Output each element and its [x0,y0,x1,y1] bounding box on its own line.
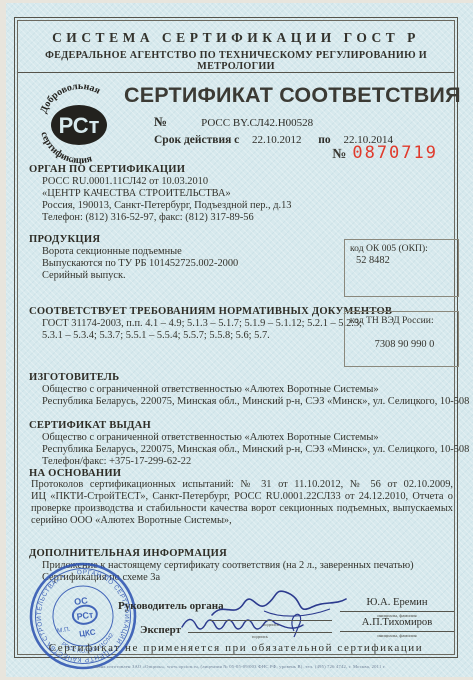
expert-name-caption: инициалы, фамилия [340,633,454,638]
product-line: Выпускаются по ТУ РБ 101452725.002-2000 [42,258,238,270]
certificate-paper: СИСТЕМА СЕРТИФИКАЦИИ ГОСТ Р ФЕДЕРАЛЬНОЕ … [6,3,473,677]
certificate-frame: СИСТЕМА СЕРТИФИКАЦИИ ГОСТ Р ФЕДЕРАЛЬНОЕ … [14,17,458,658]
certificate-number-line: №РОСС BY.СЛ42.Н00528 [154,114,313,130]
basis-line: ИЦ «ПКТИ-СтройТЕСТ», Санкт-Петербург, РО… [31,491,453,503]
to-label: по [318,134,330,146]
tnved-code-box: код ТН ВЭД России: 7308 90 990 0 [344,311,459,367]
svg-text:ЦКС: ЦКС [79,627,97,638]
basis-line: проверке производства и стабильности кач… [31,503,453,515]
blank-number: №0870719 [332,143,438,163]
manufacturer-line: Общество с ограниченной ответственностью… [42,384,469,396]
certification-stamp-icon: ОРГАН ПО СЕРТИФИКАЦИИ • «ЦЕНТР КАЧЕСТВА … [21,554,145,678]
section-basis-heading: НА ОСНОВАНИИ [29,468,121,479]
section-organ-body: РОСС RU.0001.11СЛ42 от 10.03.2010 «ЦЕНТР… [42,176,292,224]
section-issued-body: Общество с ограниченной ответственностью… [42,432,469,468]
head-signature-icon [204,581,354,625]
manufacturer-line: Республика Беларусь, 220075, Минская обл… [42,396,469,408]
rst-logo-icon: Добровольная сертификация РСт [28,79,130,173]
system-line: СИСТЕМА СЕРТИФИКАЦИИ ГОСТ Р [18,30,454,46]
header-box: СИСТЕМА СЕРТИФИКАЦИИ ГОСТ Р ФЕДЕРАЛЬНОЕ … [18,21,454,73]
expert-signature-caption: подпись [188,634,332,639]
certificate-frame-inner: СИСТЕМА СЕРТИФИКАЦИИ ГОСТ Р ФЕДЕРАЛЬНОЕ … [17,20,455,655]
certificate-number: РОСС BY.СЛ42.Н00528 [201,117,313,129]
conforms-line: ГОСТ 31174-2003, п.п. 4.1 – 4.9; 5.1.3 –… [42,318,338,330]
okp-code-box: код ОК 005 (ОКП): 52 8482 [344,239,459,297]
svg-text:РСт: РСт [76,610,95,622]
valid-from-date: 22.10.2012 [252,134,302,146]
head-name: Ю.А. Еремин [340,597,454,608]
svg-text:РСт: РСт [59,113,100,138]
issued-line: Телефон/факс: +375-17-299-62-22 [42,456,469,468]
conforms-line: 5.3.1 – 5.3.4; 5.3.7; 5.5.1 – 5.5.4; 5.5… [42,330,338,342]
okp-code-value: 52 8482 [356,255,453,266]
number-label: № [154,114,167,129]
organ-line: Россия, 190013, Санкт-Петербург, Подъезд… [42,200,292,212]
expert-label: Эксперт [140,624,181,636]
section-manufacturer-heading: ИЗГОТОВИТЕЛЬ [29,372,119,383]
head-signature-caption: подпись [210,622,332,627]
tnved-code-value: 7308 90 990 0 [356,339,453,350]
head-of-body-label: Руководитель органа [118,600,224,612]
mandatory-certification-note: Сертификат не применяется при обязательн… [18,642,454,654]
section-issued-heading: СЕРТИФИКАТ ВЫДАН [29,420,151,431]
section-organ-heading: ОРГАН ПО СЕРТИФИКАЦИИ [29,164,185,175]
section-conforms-heading: СООТВЕТСТВУЕТ ТРЕБОВАНИЯМ НОРМАТИВНЫХ ДО… [29,306,392,317]
organ-line: Телефон: (812) 316-52-97, факс: (812) 31… [42,212,292,224]
issued-line: Республика Беларусь, 220075, Минская обл… [42,444,469,456]
section-basis-body: Протоколов сертификационных испытаний: №… [31,479,453,527]
product-line: Серийный выпуск. [42,270,238,282]
agency-line: ФЕДЕРАЛЬНОЕ АГЕНТСТВО ПО ТЕХНИЧЕСКОМУ РЕ… [18,50,454,72]
organ-line: «ЦЕНТР КАЧЕСТВА СТРОИТЕЛЬСТВА» [42,188,292,200]
svg-text:М.П.: М.П. [57,626,72,635]
section-manufacturer-body: Общество с ограниченной ответственностью… [42,384,469,408]
expert-name: А.П.Тихомиров [340,617,454,628]
tnved-code-label: код ТН ВЭД России: [350,315,453,326]
blank-number-value: 0870719 [352,143,438,163]
organ-line: РОСС RU.0001.11СЛ42 от 10.03.2010 [42,176,292,188]
blank-number-label: № [332,147,346,162]
basis-line: серийно ООО «Алютех Воротные Системы», [31,515,453,527]
issued-line: Общество с ограниченной ответственностью… [42,432,469,444]
basis-line: Протоколов сертификационных испытаний: №… [31,479,453,491]
validity-label: Срок действия с [154,134,239,146]
okp-code-label: код ОК 005 (ОКП): [350,243,453,254]
document-title: СЕРТИФИКАТ СООТВЕТСТВИЯ [124,83,460,108]
section-product-body: Ворота секционные подъемные Выпускаются … [42,246,238,282]
blank-printer-fine-print: Бланк изготовлен ЗАО «Опцион», www.opcio… [6,664,473,669]
section-product-heading: ПРОДУКЦИЯ [29,234,100,245]
product-line: Ворота секционные подъемные [42,246,238,258]
section-conforms-body: ГОСТ 31174-2003, п.п. 4.1 – 4.9; 5.1.3 –… [42,318,338,342]
